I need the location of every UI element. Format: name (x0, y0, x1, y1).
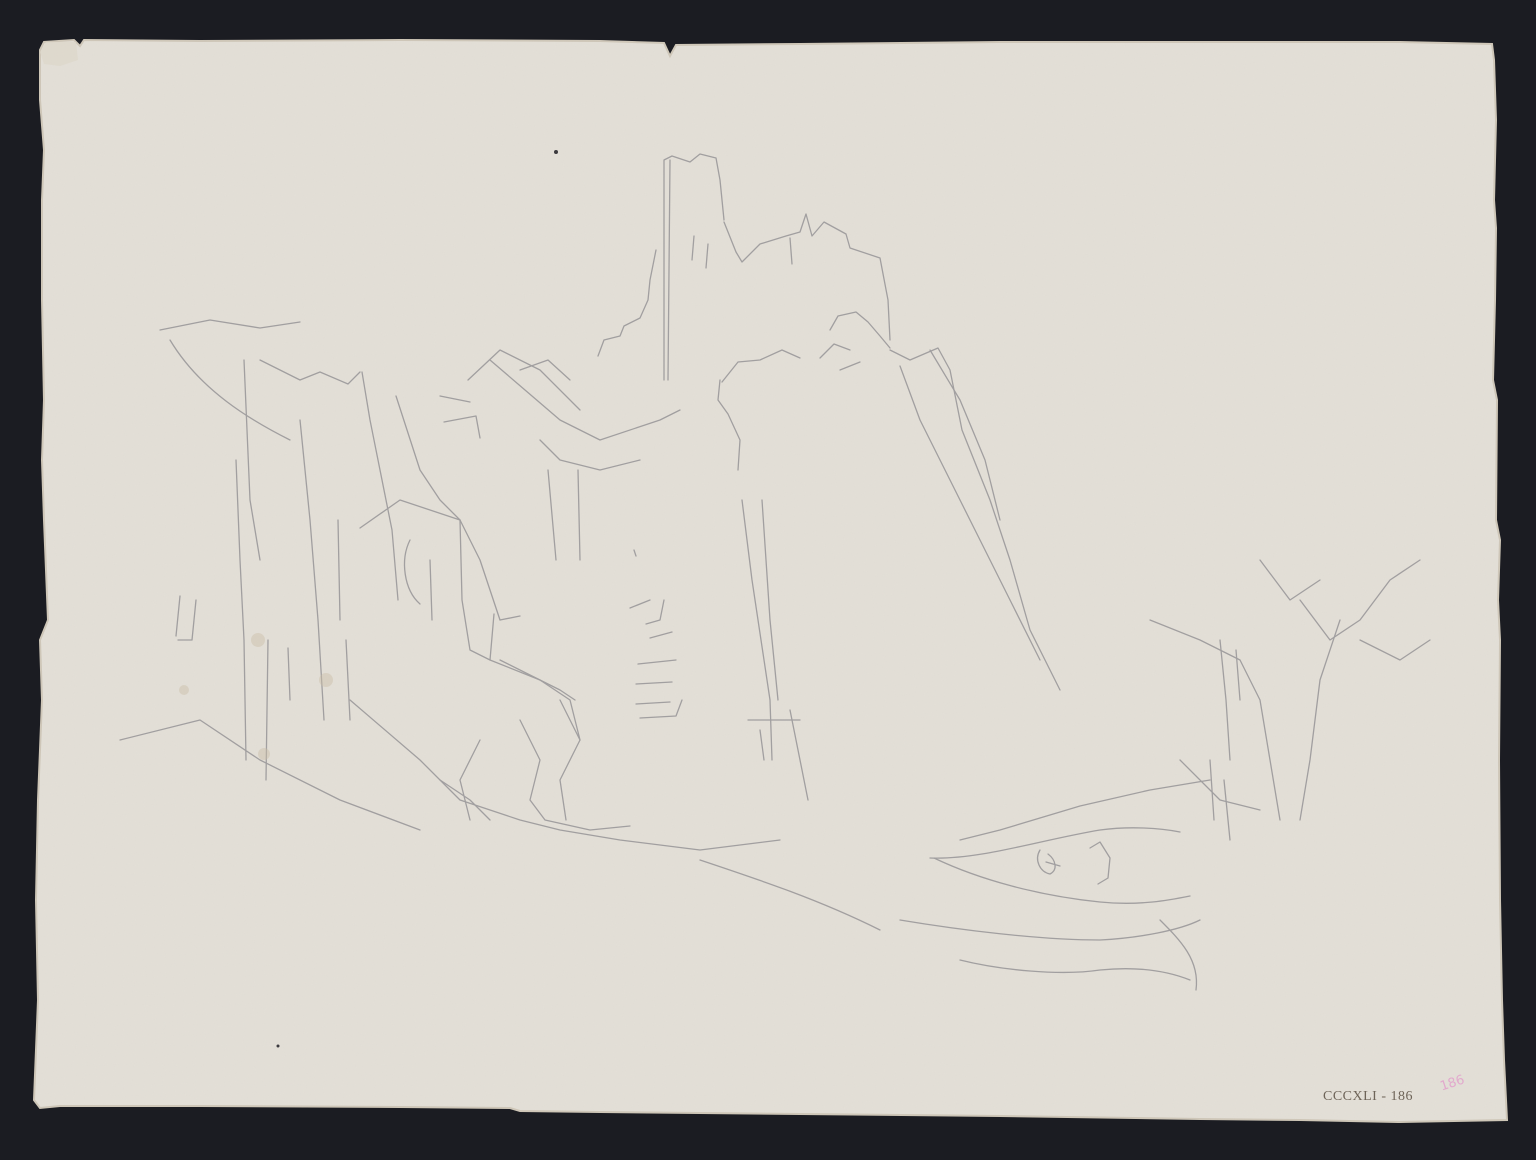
sketch-sheet (0, 0, 1536, 1160)
catalogue-number: CCCXLI - 186 (1323, 1089, 1413, 1105)
scan-canvas: CCCXLI - 186 186 (0, 0, 1536, 1160)
paper-sheet (34, 40, 1507, 1122)
